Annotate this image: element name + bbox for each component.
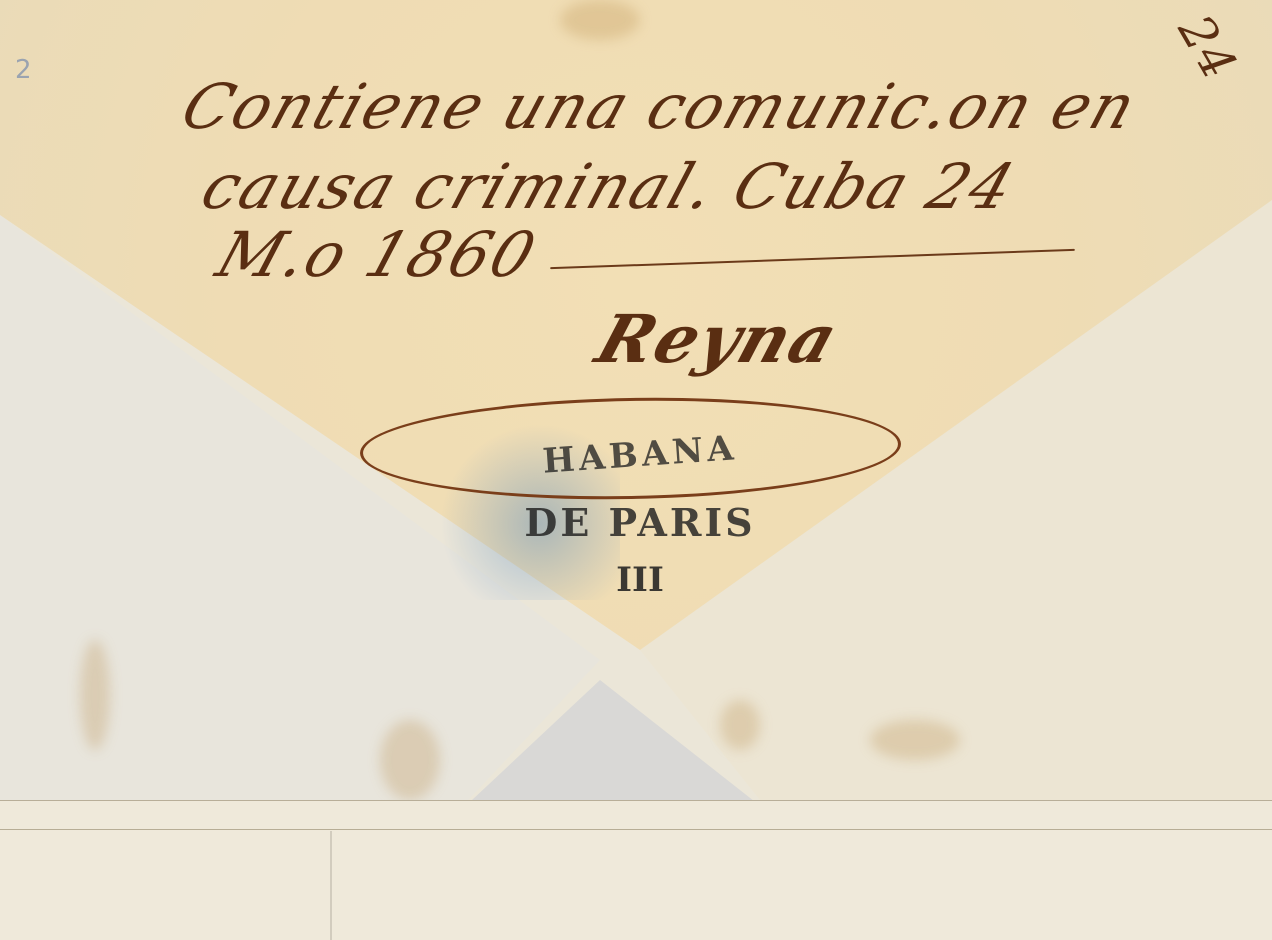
fold-line [0, 829, 1272, 830]
handwriting-line-1: Contiene una comunic.on en [173, 70, 1146, 143]
envelope-photo: 2 Contiene una comunic.on en causa crimi… [0, 0, 1272, 940]
bottom-paper-strip [0, 800, 1272, 940]
handwriting-line-3: M.o 1860 [208, 218, 546, 291]
foxing-stain [720, 700, 760, 750]
signature: Reyna [587, 300, 848, 378]
foxing-stain [870, 720, 960, 760]
postmark-bottom-text: III [590, 560, 690, 600]
paper-seam [330, 831, 332, 940]
foxing-stain [560, 0, 640, 40]
pencil-mark: 2 [15, 55, 32, 85]
foxing-stain [380, 720, 440, 800]
handwriting-line-2: causa criminal. Cuba 24 [193, 150, 1024, 223]
postmark-middle-text: DE PARIS [520, 500, 760, 545]
foxing-stain [80, 640, 110, 750]
